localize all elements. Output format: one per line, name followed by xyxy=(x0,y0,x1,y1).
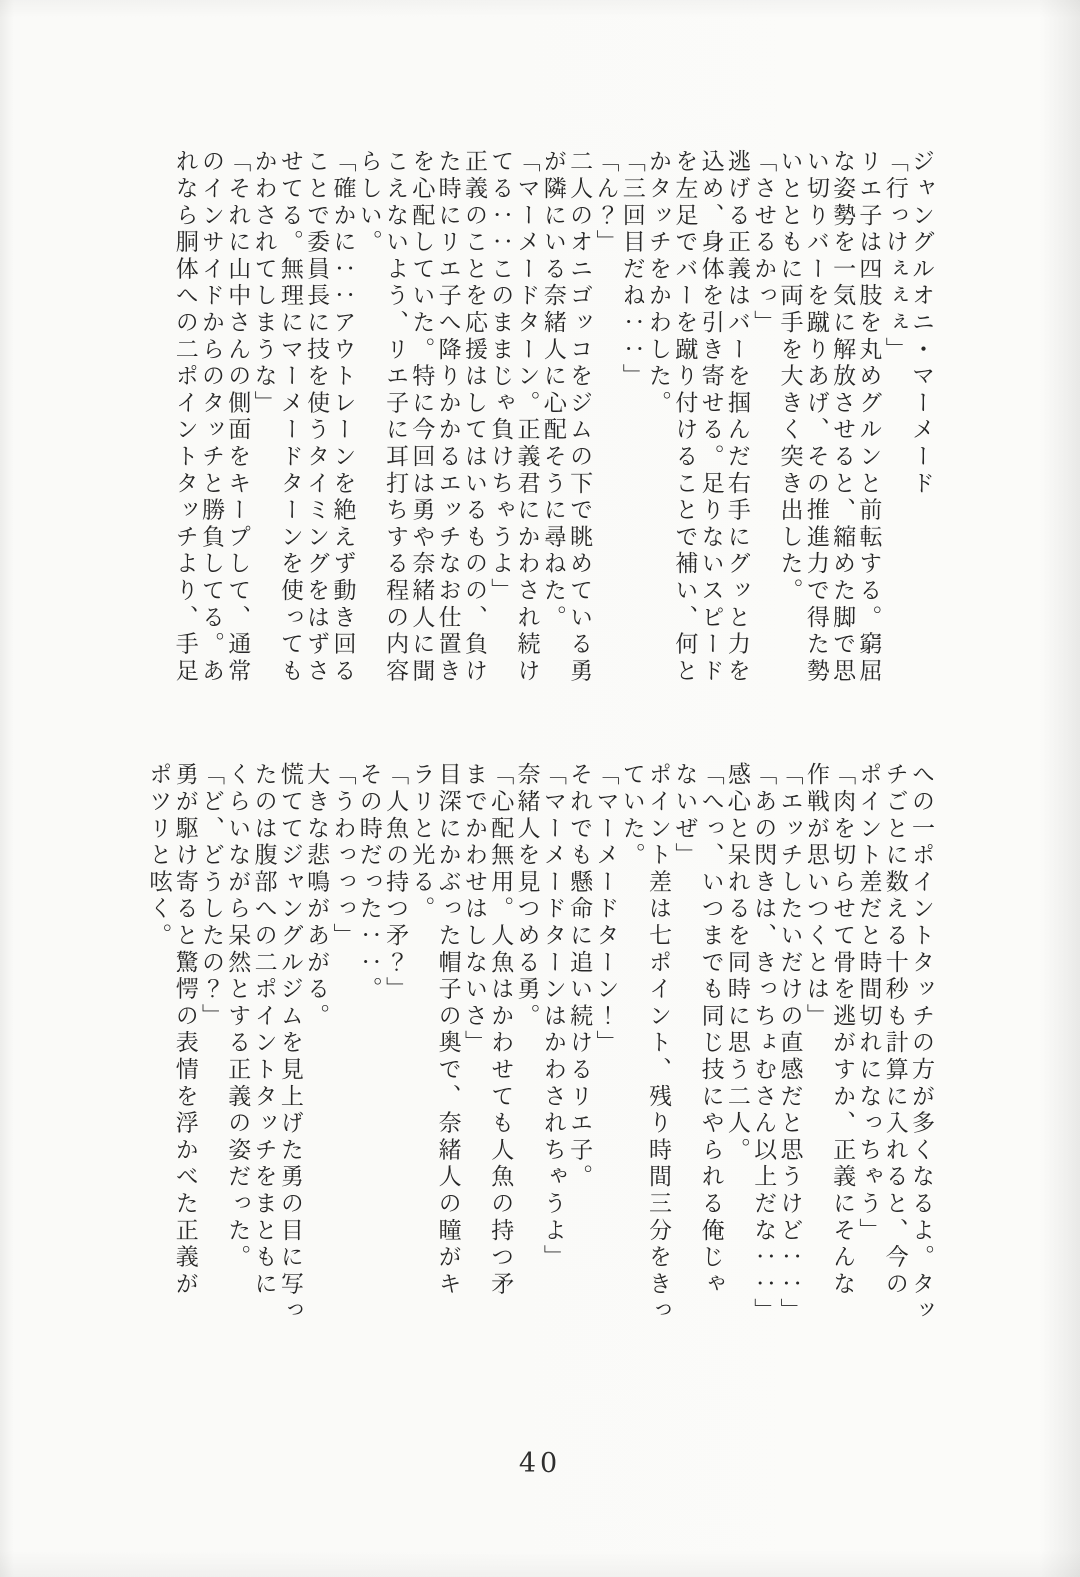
text-column: 「人魚の持つ矛？」 xyxy=(382,762,408,1337)
text-column: ポイント差は七ポイント、残り時間三分をきっ xyxy=(645,762,671,1337)
text-column: 「マーメードターン。正義君にかわされ続け xyxy=(513,149,539,724)
text-column: ラリと光る。 xyxy=(408,762,434,1337)
text-column: 「それに山中さんの側面をキープして、通常 xyxy=(224,149,250,724)
text-column: ていた。 xyxy=(618,762,644,1337)
text-column: 「させるかっ」 xyxy=(750,149,776,724)
text-column: ことで委員長に技を使うタイミングをはずさ xyxy=(303,149,329,724)
text-block-top: ジャングルオニ・マーメード「行っけぇぇぇ」リエ子は四肢を丸めグルンと前転する。窮… xyxy=(171,149,934,734)
text-column: 「うわっっっ」 xyxy=(329,762,355,1337)
text-column: 「肉を切らせて骨を逃がすか、正義にそんな xyxy=(829,762,855,1337)
text-column: 大きな悲鳴があがる。 xyxy=(303,762,329,1337)
text-column: 「へっ、いつまでも同じ技にやられる俺じゃ xyxy=(697,762,723,1337)
text-column: 「行っけぇぇぇ」 xyxy=(881,149,907,724)
text-column: までかわせはしないさ」 xyxy=(461,762,487,1337)
page-number: 40 xyxy=(0,1448,1080,1479)
text-column: 二人のオニゴッコをジムの下で眺めている勇 xyxy=(566,149,592,724)
text-column: 「エッチしたいだけの直感だと思うけど：：」 xyxy=(776,762,802,1337)
text-column: 「マーメードターン！」 xyxy=(592,762,618,1337)
text-column: な姿勢を一気に解放させると、縮めた脚で思 xyxy=(829,149,855,724)
text-column: ポツリと呟く。 xyxy=(145,762,171,1337)
text-column: 「心配無用。人魚はかわせても人魚の持つ矛 xyxy=(487,762,513,1337)
text-column: のインサイドからのタッチと勝負してる。あ xyxy=(198,149,224,724)
text-column: 奈緒人を見つめる勇。 xyxy=(513,762,539,1337)
text-column: い切りバーを蹴りあげ、その推進力で得た勢 xyxy=(803,149,829,724)
text-column: せてる。無理にマーメードターンを使っても xyxy=(277,149,303,724)
text-column: 慌ててジャングルジムを見上げた勇の目に写っ xyxy=(277,762,303,1337)
text-block-bottom: への一ポイントタッチの方が多くなるよ。タッチごとに数える十秒も計算に入れると、今… xyxy=(145,762,934,1347)
text-column: を心配していた。特に今回は勇や奈緒人に聞 xyxy=(408,149,434,724)
text-column: への一ポイントタッチの方が多くなるよ。タッ xyxy=(908,762,934,1337)
text-column: 「三回目だね：：」 xyxy=(618,149,644,724)
text-column: いとともに両手を大きく突き出した。 xyxy=(776,149,802,724)
text-column: リエ子は四肢を丸めグルンと前転する。窮屈 xyxy=(855,149,881,724)
text-column: こえないよう、リエ子に耳打ちする程の内容 xyxy=(382,149,408,724)
text-column: 「あの閃きは、きっちょむさん以上だな：：」 xyxy=(750,762,776,1337)
text-column: を左足でバーを蹴り付けることで補い、何と xyxy=(671,149,697,724)
text-column: れなら胴体への二ポイントタッチより、手足 xyxy=(171,149,197,724)
text-column: 「ん？」 xyxy=(592,149,618,724)
text-column: 感心と呆れるを同時に思う二人。 xyxy=(724,762,750,1337)
text-column: かタッチをかわした。 xyxy=(645,149,671,724)
text-column: 込め、身体を引き寄せる。足りないスピード xyxy=(697,149,723,724)
text-column: くらいながら呆然とする正義の姿だった。 xyxy=(224,762,250,1337)
text-column: 正義のことを応援はしてはいるものの、負け xyxy=(461,149,487,724)
story-title-column: ジャングルオニ・マーメード xyxy=(908,149,934,724)
text-column: 「ど、どうしたの？」 xyxy=(198,762,224,1337)
text-column: 勇が駆け寄ると驚愕の表情を浮かべた正義が xyxy=(171,762,197,1337)
text-column: 「マーメードターンはかわされちゃうよ」 xyxy=(540,762,566,1337)
text-column: 目深にかぶった帽子の奥で、奈緒人の瞳がキ xyxy=(434,762,460,1337)
text-column: ないぜ」 xyxy=(671,762,697,1337)
text-column: かわされてしまうな」 xyxy=(250,149,276,724)
text-column: らしい。 xyxy=(355,149,381,724)
text-column: それでも懸命に追い続けるリエ子。 xyxy=(566,762,592,1337)
text-column: た時にリエ子へ降りかかるエッチなお仕置き xyxy=(434,149,460,724)
text-column: てる：：このままじゃ負けちゃうよ」 xyxy=(487,149,513,724)
text-column: チごとに数える十秒も計算に入れると、今の xyxy=(881,762,907,1337)
text-column: その時だった：：。 xyxy=(355,762,381,1337)
text-column: ポイント差だと時間切れになっちゃう」 xyxy=(855,762,881,1337)
text-column: 逃げる正義はバーを掴んだ右手にグッと力を xyxy=(724,149,750,724)
novel-page: ジャングルオニ・マーメード「行っけぇぇぇ」リエ子は四肢を丸めグルンと前転する。窮… xyxy=(0,0,1080,1577)
text-column: 「確かに：：アウトレーンを絶えず動き回る xyxy=(329,149,355,724)
text-column: 作戦が思いつくとは」 xyxy=(803,762,829,1337)
text-column: が隣にいる奈緒人に心配そうに尋ねた。 xyxy=(540,149,566,724)
text-column: たのは腹部への二ポイントタッチをまともに xyxy=(250,762,276,1337)
